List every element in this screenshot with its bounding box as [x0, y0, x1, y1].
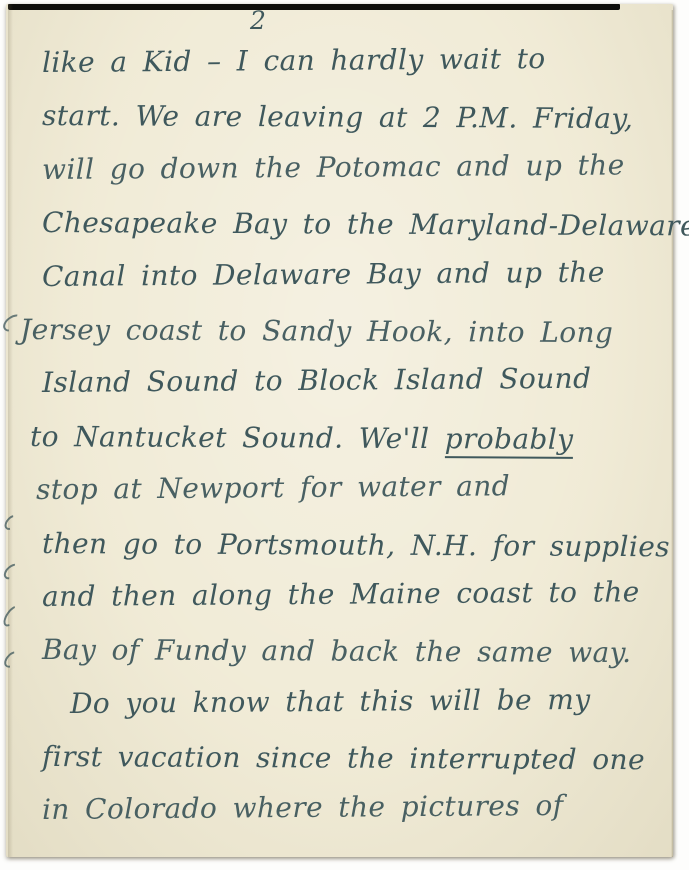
letter-line: Chesapeake Bay to the Maryland-Delaware — [42, 196, 665, 253]
page-number: 2 — [250, 6, 266, 35]
letter-line: in Colorado where the pictures of — [42, 779, 665, 837]
letter-line: like a Kid – I can hardly wait to — [42, 31, 665, 89]
underlined-word: probably — [445, 422, 574, 459]
letter-line-text: to Nantucket Sound. We'll — [30, 420, 445, 455]
stray-ink-mark — [2, 512, 21, 532]
letter-line: and then along the Maine coast to the — [42, 565, 665, 623]
scanned-letter-background: 2 like a Kid – I can hardly wait to star… — [0, 0, 689, 870]
letter-line: then go to Portsmouth, N.H. for supplies — [42, 517, 665, 574]
scan-top-edge — [8, 4, 620, 10]
letter-line: Bay of Fundy and back the same way. — [42, 623, 665, 680]
paper-fold-shadow — [8, 4, 13, 857]
paper-right-edge — [671, 10, 673, 857]
letter-line: will go down the Potomac and up the — [42, 138, 665, 196]
letter-line: Canal into Delaware Bay and up the — [42, 245, 665, 303]
letter-line: start. We are leaving at 2 P.M. Friday, — [42, 89, 665, 146]
letter-line: Do you know that this will be my — [70, 672, 665, 730]
letter-body: like a Kid – I can hardly wait to start.… — [26, 36, 665, 837]
letter-line: Island Sound to Block Island Sound — [42, 351, 665, 409]
letter-paper: 2 like a Kid – I can hardly wait to star… — [6, 4, 673, 857]
letter-line: stop at Newport for water and — [36, 458, 665, 516]
